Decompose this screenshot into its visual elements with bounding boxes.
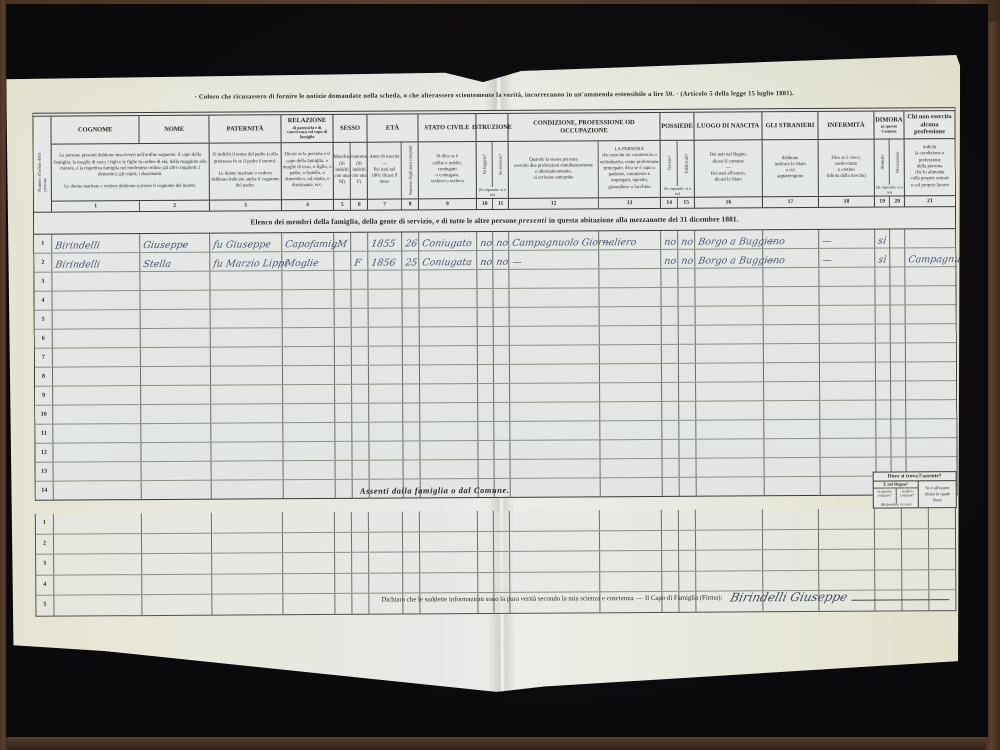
header-desc: Femmina (Si indichi con una F)	[350, 143, 367, 199]
cell-sesso_f	[352, 385, 369, 403]
cell-legge	[478, 365, 494, 383]
cell-anno: 1855	[368, 233, 402, 251]
cell-persona	[599, 288, 661, 306]
absent-cell-num: 4	[36, 575, 54, 595]
cell-occasionale	[890, 229, 905, 247]
cell-cognome	[54, 462, 142, 481]
header-group-titles: PATERNITÀ	[209, 115, 280, 143]
header-numbers: 18	[819, 196, 874, 207]
header-numbers: 1213	[509, 197, 660, 209]
cell-legge	[478, 403, 494, 421]
cell-scrive	[494, 422, 510, 440]
cell-num: 2	[34, 254, 52, 272]
cell-num: 4	[34, 292, 52, 310]
absent-cell-prof	[510, 510, 600, 530]
handwritten-entry: —	[821, 236, 832, 247]
header-numbers: 3	[210, 199, 281, 210]
cell-anno: 1856	[368, 252, 402, 270]
cell-scrive	[495, 460, 511, 478]
cell-sesso_f: F	[351, 252, 368, 270]
cell-abituale	[876, 325, 891, 343]
header-footnote: (Si risponda: sì o no)	[875, 185, 904, 196]
absent-cell-sesso_f	[353, 573, 370, 593]
cell-infermita	[820, 382, 876, 400]
absent-cell-cognome	[54, 534, 142, 554]
cell-terreni	[662, 345, 679, 363]
head-of-family-signature: Birindelli Giuseppe	[729, 590, 849, 605]
cell-chi	[905, 267, 955, 285]
table-header: Numero d'ordine delle personeCOGNOMENOME…	[33, 111, 955, 213]
cell-abituale	[876, 382, 891, 400]
absent-cell-luogo	[696, 530, 764, 550]
absent-cell-fabbricati	[679, 551, 696, 571]
header-desc: Dicasi se la persona è il capo della fam…	[282, 143, 333, 199]
cell-persona	[600, 307, 662, 325]
rowindex-label: Numero d'ordine delle persone	[37, 137, 48, 191]
wood-table-edge-bottom	[0, 736, 1000, 750]
column-number: 9	[419, 199, 476, 209]
cell-sesso_f	[352, 404, 369, 422]
absent-cell-paternita	[212, 553, 284, 573]
absent-location-box: Dove si trova l'assente? È nel Regno? in…	[873, 471, 957, 509]
cell-nome: Stella	[140, 253, 210, 271]
header-desc: debbono indicare lo Stato a cui apparten…	[763, 140, 818, 196]
handwritten-entry: no	[663, 256, 677, 267]
cell-num: 6	[35, 330, 53, 348]
absent-cell-terreni	[662, 530, 679, 550]
cell-relazione	[283, 404, 335, 422]
cell-persona	[600, 383, 662, 401]
cell-infermita	[820, 306, 876, 324]
absent-cell-fabbricati	[679, 571, 696, 591]
cell-occasionale	[890, 267, 905, 285]
cell-chi	[906, 305, 956, 323]
census-form-paper: · Coloro che ricusassero di fornire le n…	[6, 53, 964, 695]
cell-chi	[906, 381, 956, 399]
cell-scrive	[494, 403, 510, 421]
header-numbers: 12	[52, 200, 209, 212]
cell-infermita	[819, 287, 875, 305]
absent-cell-paternita	[212, 574, 284, 594]
header-col-rowindex: Numero d'ordine delle persone	[33, 117, 52, 212]
absent-cell-q2	[902, 508, 929, 528]
handwritten-entry: F	[353, 258, 361, 269]
cell-luogo	[696, 325, 764, 343]
cell-cognome	[52, 291, 140, 310]
absent-cell-nome	[142, 513, 212, 533]
absent-cell-q3	[929, 529, 955, 549]
cell-sesso_m	[335, 442, 352, 460]
header-numbers: 56	[334, 199, 367, 210]
cell-anni	[402, 289, 419, 307]
absent-cell-sesso_m	[335, 553, 352, 573]
header-numbers: 1415	[661, 197, 694, 208]
cell-infermita	[820, 325, 876, 343]
cell-anni	[403, 403, 420, 421]
header-group-titles: ISTRUZIONE	[476, 114, 507, 142]
cell-infermita: —	[819, 249, 875, 267]
cell-chi	[906, 419, 956, 437]
cell-fabbricati	[679, 364, 696, 382]
absent-cell-prof	[510, 531, 600, 551]
cell-abituale	[876, 401, 891, 419]
absent-cell-luogo	[696, 550, 764, 570]
cell-nome	[141, 310, 211, 328]
cell-scrive: no	[493, 232, 509, 250]
handwritten-entry: Giuseppe	[142, 240, 189, 251]
cell-chi: Campagnuolo	[905, 248, 955, 266]
cell-luogo	[696, 363, 764, 381]
absent-cell-terreni	[661, 510, 678, 530]
column-number: 20	[889, 196, 904, 206]
cell-fabbricati	[679, 440, 696, 458]
cell-paternita	[211, 366, 283, 384]
cell-fabbricati	[678, 269, 695, 287]
cell-prof	[509, 269, 599, 288]
header-title: LUOGO DI NASCITA	[694, 112, 761, 139]
cell-sesso_f	[351, 233, 368, 251]
cell-anno	[369, 423, 403, 441]
cell-stato	[420, 327, 478, 345]
column-number: 1	[52, 201, 139, 212]
cell-abituale: sì	[875, 249, 890, 267]
wood-table-edge-right	[986, 0, 1000, 750]
cell-occasionale	[891, 343, 906, 361]
handwritten-entry: 1856	[370, 258, 396, 269]
cell-prof	[510, 440, 600, 459]
absent-box-abroad: Se è all'estero dicasi in quale Stato	[919, 481, 956, 507]
cell-sesso_f	[352, 366, 369, 384]
cell-relazione	[283, 309, 335, 327]
cell-luogo	[696, 420, 764, 438]
cell-prof	[510, 421, 600, 440]
handwritten-entry: fu Giuseppe	[212, 239, 272, 250]
absent-cell-legge	[478, 572, 494, 592]
handwritten-entry: no	[663, 237, 677, 248]
handwritten-entry: Moglie	[284, 258, 319, 269]
cell-sesso_f	[352, 423, 369, 441]
cell-prof: —	[509, 250, 599, 269]
absent-cell-fabbricati	[678, 510, 695, 530]
cell-anno	[369, 347, 403, 365]
cell-terreni	[661, 269, 678, 287]
cell-fabbricati	[679, 383, 696, 401]
cell-persona	[600, 421, 662, 439]
cell-sesso_m	[334, 252, 351, 270]
cell-occasionale	[890, 248, 905, 266]
cell-prof	[510, 364, 600, 383]
cell-sesso_f	[353, 461, 370, 479]
handwritten-entry: —	[601, 237, 612, 248]
absent-cell-terreni	[662, 551, 679, 571]
handwritten-entry: Birindelli	[54, 259, 100, 270]
cell-legge	[478, 422, 494, 440]
cell-luogo	[696, 401, 764, 419]
cell-luogo: Borgo a Buggiano	[695, 230, 763, 248]
cell-cognome: Birindelli	[52, 234, 140, 253]
handwritten-entry: Coniugata	[421, 257, 472, 268]
column-number: 18	[819, 197, 874, 207]
cell-anni	[403, 346, 420, 364]
header-group: SESSOMaschio (Si indichi con una M)Femmi…	[333, 115, 368, 210]
cell-terreni	[663, 459, 680, 477]
cell-anni	[403, 308, 420, 326]
cell-cognome	[53, 329, 141, 348]
cell-fabbricati	[679, 326, 696, 344]
cell-prof	[510, 383, 600, 402]
cell-paternita	[211, 309, 283, 327]
header-group-titles: INFERMITÀ	[818, 112, 873, 140]
signature-rule	[851, 599, 949, 602]
cell-prof	[511, 459, 601, 478]
cell-persona	[600, 326, 662, 344]
cell-relazione	[282, 290, 334, 308]
header-group: COGNOMENOMELe persone presenti debbono i…	[51, 116, 210, 212]
absent-cell-legge	[478, 531, 494, 551]
absent-cell-scrive	[494, 531, 510, 551]
header-desc: Le persone presenti debbono inscriversi …	[52, 144, 209, 201]
cell-nome	[140, 272, 210, 290]
cell-cognome	[53, 310, 141, 329]
cell-nome	[142, 462, 212, 480]
absent-cell-persona	[600, 530, 662, 550]
handwritten-entry: Campagnuolo Giornaliero	[511, 237, 637, 249]
cell-legge	[479, 460, 495, 478]
cell-sesso_m	[335, 328, 352, 346]
handwritten-entry: Birindelli	[54, 240, 100, 251]
absent-cell-infermita	[820, 570, 876, 590]
cell-prof	[509, 288, 599, 307]
cell-paternita: fu Giuseppe	[210, 233, 282, 251]
penalty-notice: · Coloro che ricusassero di fornire le n…	[54, 89, 934, 101]
cell-occasionale	[891, 305, 906, 323]
cell-relazione: Moglie	[282, 252, 334, 270]
cell-anni	[403, 422, 420, 440]
cell-legge	[478, 384, 494, 402]
cell-num: 9	[35, 387, 53, 405]
cell-stato	[419, 289, 477, 307]
cell-infermita: —	[819, 230, 875, 248]
absent-cell-num: 5	[36, 596, 54, 616]
column-number: 3	[210, 200, 281, 210]
cell-sesso_f	[352, 328, 369, 346]
cell-stranieri	[763, 268, 819, 286]
absent-cell-stranieri	[764, 550, 820, 570]
header-title: ETÀ	[367, 114, 417, 141]
absent-cell-sesso_f	[352, 532, 369, 552]
cell-scrive	[494, 384, 510, 402]
cell-anno	[369, 441, 403, 459]
cell-stranieri	[763, 287, 819, 305]
header-numbers: 16	[695, 196, 762, 207]
header-subtitle: di parentela e di convivenza col capo di…	[282, 126, 331, 140]
cell-persona	[600, 402, 662, 420]
absent-cell-relazione	[284, 594, 336, 614]
absent-cell-terreni	[662, 571, 679, 591]
absent-cell-paternita	[212, 533, 284, 553]
absent-cell-nome	[142, 574, 212, 594]
column-number: 5	[334, 200, 351, 210]
cell-stato	[420, 403, 478, 421]
cell-stranieri: —	[763, 249, 819, 267]
cell-num: 13	[36, 463, 54, 481]
column-number: 2	[139, 201, 209, 211]
cell-legge	[478, 308, 494, 326]
cell-luogo: Borgo a Buggiano	[695, 249, 763, 267]
absent-cell-stranieri	[763, 529, 819, 549]
cell-anni: 26	[402, 232, 419, 250]
header-group: GLI STRANIERIdebbono indicare lo Stato a…	[762, 112, 819, 207]
absent-cell-scrive	[494, 552, 510, 572]
cell-stranieri	[764, 401, 820, 419]
cell-luogo	[695, 287, 763, 305]
cell-sesso_m	[335, 404, 352, 422]
cell-terreni	[661, 288, 678, 306]
header-title: DIMORAin questo Comune	[874, 111, 903, 138]
cell-stranieri	[764, 439, 820, 457]
cell-stato	[420, 365, 478, 383]
cell-scrive	[494, 441, 510, 459]
cell-abituale	[876, 420, 891, 438]
cell-abituale	[876, 306, 891, 324]
census-table: Numero d'ordine delle personeCOGNOMENOME…	[32, 107, 957, 501]
cell-nome: Giuseppe	[140, 234, 210, 252]
cell-cognome	[53, 386, 141, 405]
header-desc: Anno di nascita — Pei nati nel 1881 dica…	[368, 143, 402, 199]
cell-stranieri	[764, 325, 820, 343]
cell-nome	[141, 329, 211, 347]
absent-box-title: Dove si trova l'assente?	[874, 472, 956, 482]
cell-chi	[905, 286, 955, 304]
cell-anno	[369, 366, 403, 384]
cell-sesso_f	[352, 442, 369, 460]
cell-prof	[510, 307, 600, 326]
absent-cell-nome	[142, 533, 212, 553]
cell-sesso_m	[335, 385, 352, 403]
header-title: CONDIZIONE, PROFESSIONE OD OCCUPAZIONE	[508, 113, 659, 141]
cell-sesso_m	[334, 290, 351, 308]
header-desc: Quando la stessa persona esercita due pr…	[509, 141, 599, 198]
caption-emphasis: presenti	[519, 216, 547, 225]
cell-relazione	[283, 385, 335, 403]
cell-paternita	[212, 461, 284, 479]
cell-fabbricati: no	[678, 250, 695, 268]
header-numbers: 78	[368, 198, 418, 209]
cell-sesso_f	[351, 271, 368, 289]
absent-cell-anni	[403, 532, 420, 552]
absent-cell-relazione	[284, 573, 336, 593]
cell-sesso_m	[335, 309, 352, 327]
absent-cell-legge	[478, 511, 494, 531]
header-desc: Maschio (Si indichi con una M)	[334, 143, 351, 199]
absent-cell-stato	[420, 532, 478, 552]
handwritten-entry: sì	[877, 255, 887, 266]
cell-nome	[141, 424, 211, 442]
cell-legge	[477, 270, 493, 288]
cell-chi	[906, 343, 956, 361]
absent-cell-paternita	[212, 594, 284, 614]
header-desc: Dire se è cieco, sordo-muto o cretino (i…	[819, 140, 874, 196]
absent-cell-relazione	[283, 512, 335, 532]
cell-sesso_m	[335, 347, 352, 365]
header-group-titles: CONDIZIONE, PROFESSIONE OD OCCUPAZIONE	[508, 113, 659, 142]
cell-relazione	[282, 271, 334, 289]
cell-num: 8	[35, 368, 53, 386]
column-number: 14	[661, 198, 678, 208]
cell-persona	[599, 250, 661, 268]
cell-cognome	[52, 272, 140, 291]
cell-nome	[141, 386, 211, 404]
cell-persona	[600, 345, 662, 363]
cell-legge	[478, 327, 494, 345]
absent-cell-q2	[902, 570, 929, 590]
handwritten-entry: sì	[877, 236, 887, 247]
header-desc: Si dica se è celibe o nubile, coniugato …	[419, 142, 476, 198]
column-number: 16	[695, 197, 762, 207]
column-number: 11	[492, 199, 508, 209]
cell-anno	[368, 290, 402, 308]
header-group: STATO CIVILESi dica se è celibe o nubile…	[418, 114, 477, 209]
absent-cell-sesso_m	[335, 532, 352, 552]
cell-terreni	[662, 440, 679, 458]
absent-cell-anno	[369, 532, 403, 552]
cell-anno	[369, 309, 403, 327]
cell-occasionale	[891, 362, 906, 380]
cell-stato	[420, 441, 478, 459]
handwritten-entry: —	[821, 255, 832, 266]
handwritten-entry: no	[680, 237, 694, 248]
cell-stranieri: —	[763, 230, 819, 248]
header-footnote: (Si risponda: sì o no)	[477, 187, 508, 198]
absent-cell-scrive	[494, 511, 510, 531]
handwritten-entry: 26	[404, 238, 418, 249]
cell-cognome	[53, 405, 141, 424]
column-number: 15	[677, 198, 694, 208]
absent-cell-stato	[420, 552, 478, 572]
absent-cell-stranieri	[763, 509, 819, 529]
header-numbers: 1011	[477, 198, 508, 209]
cell-scrive	[494, 308, 510, 326]
column-number: 19	[875, 197, 890, 207]
absent-cell-anni	[403, 511, 420, 531]
cell-occasionale	[891, 381, 906, 399]
absent-cell-q2	[902, 529, 929, 549]
cell-fabbricati	[679, 402, 696, 420]
header-desc: Sa leggere?	[477, 142, 493, 187]
absent-cell-cognome	[54, 575, 142, 595]
cell-abituale	[875, 287, 890, 305]
handwritten-entry: 25	[404, 257, 418, 268]
header-numbers: 4	[282, 199, 333, 210]
cell-fabbricati	[680, 459, 697, 477]
header-group-titles: STATO CIVILE	[418, 114, 475, 142]
absent-cell-anno	[369, 553, 403, 573]
cell-occasionale	[891, 438, 906, 456]
absent-cell-sesso_f	[353, 594, 370, 614]
header-group: LUOGO DI NASCITADei nati nel Regno, dica…	[694, 112, 763, 207]
header-title: INFERMITÀ	[818, 112, 873, 139]
cell-sesso_m: M	[334, 233, 351, 251]
cell-nome	[141, 348, 211, 366]
cell-nome	[140, 291, 210, 309]
cell-paternita	[210, 271, 282, 289]
header-desc: Si indichi il nome del padre (colla prem…	[210, 143, 281, 199]
cell-relazione: Capofamig.	[282, 233, 334, 251]
cell-paternita	[211, 385, 283, 403]
absent-cell-anni	[403, 552, 420, 572]
absent-box-this-commune: in questo comune?	[874, 488, 896, 504]
absent-cell-q3	[929, 570, 955, 590]
